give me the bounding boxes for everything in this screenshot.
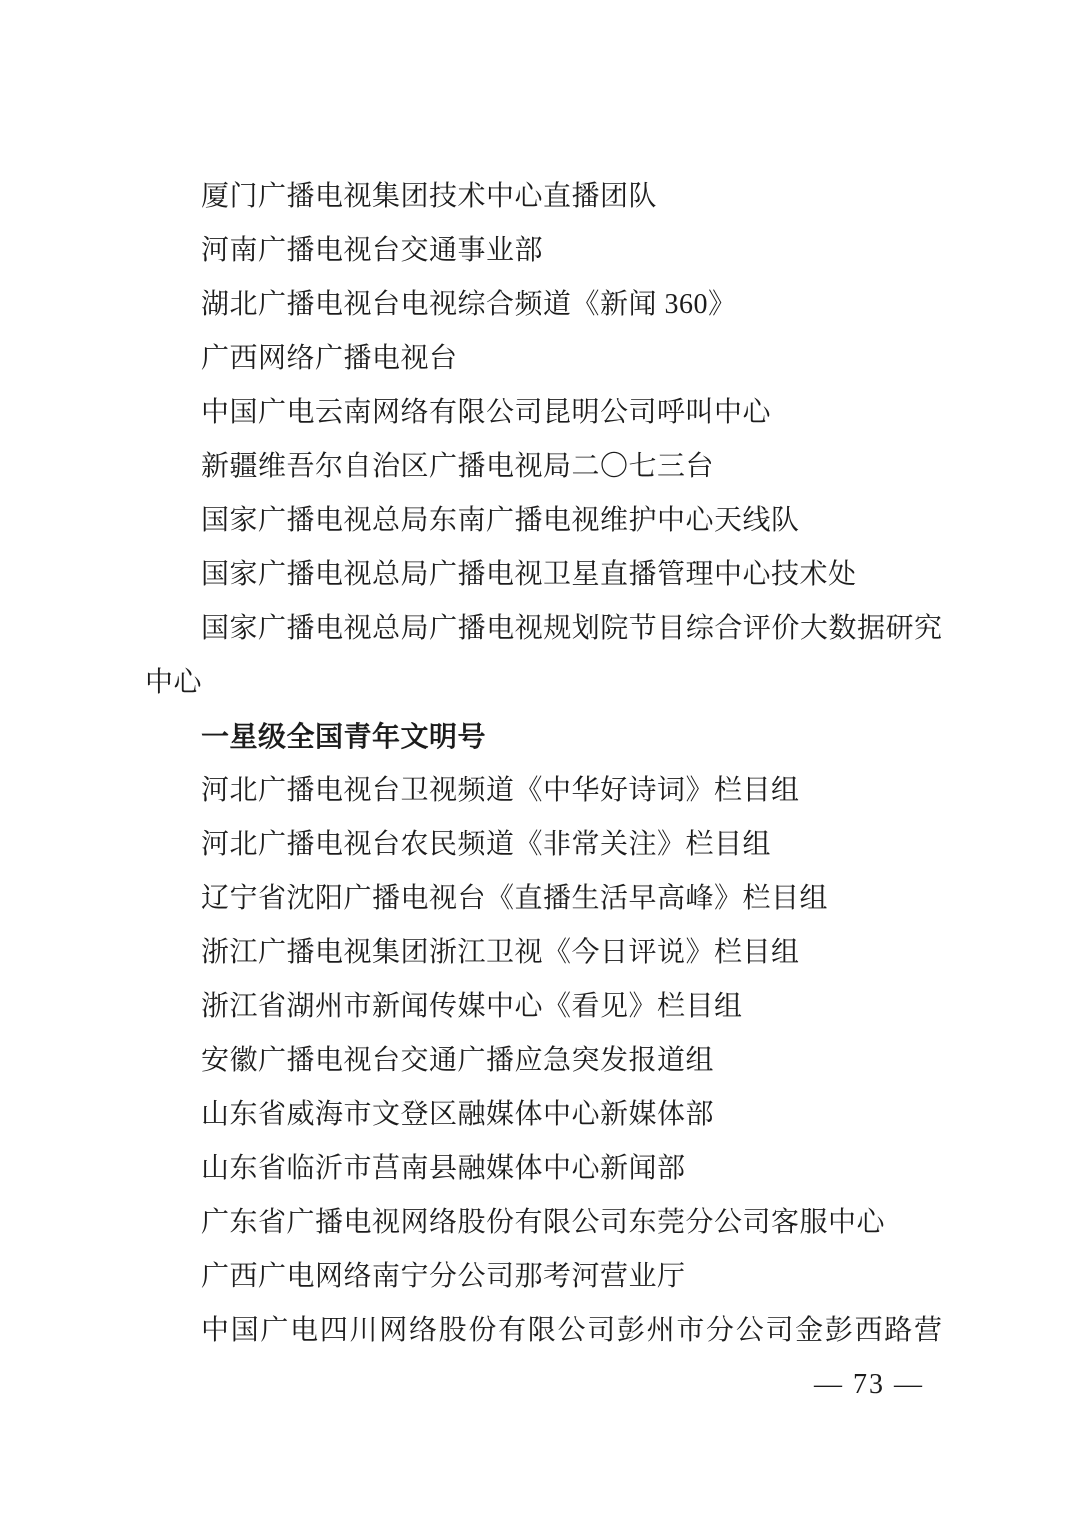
- text-line: 浙江省湖州市新闻传媒中心《看见》栏目组: [145, 980, 942, 1034]
- text-line: 国家广播电视总局广播电视卫星直播管理中心技术处: [145, 548, 942, 602]
- text-line: 中国广电四川网络股份有限公司彭州市分公司金彭西路营: [145, 1304, 942, 1358]
- text-line: 山东省威海市文登区融媒体中心新媒体部: [145, 1088, 942, 1142]
- text-line: 河南广播电视台交通事业部: [145, 224, 942, 278]
- document-body: 厦门广播电视集团技术中心直播团队河南广播电视台交通事业部湖北广播电视台电视综合频…: [145, 170, 942, 1358]
- section-heading: 一星级全国青年文明号: [145, 710, 942, 764]
- text-line: 国家广播电视总局广播电视规划院节目综合评价大数据研究: [145, 602, 942, 656]
- text-line: 安徽广播电视台交通广播应急突发报道组: [145, 1034, 942, 1088]
- text-line: 辽宁省沈阳广播电视台《直播生活早高峰》栏目组: [145, 872, 942, 926]
- text-line: 厦门广播电视集团技术中心直播团队: [145, 170, 942, 224]
- text-line: 山东省临沂市莒南县融媒体中心新闻部: [145, 1142, 942, 1196]
- text-line: 中国广电云南网络有限公司昆明公司呼叫中心: [145, 386, 942, 440]
- text-line: 湖北广播电视台电视综合频道《新闻 360》: [145, 278, 942, 332]
- text-line: 国家广播电视总局东南广播电视维护中心天线队: [145, 494, 942, 548]
- page-footer: — 73 —: [0, 1362, 1080, 1408]
- text-line: 中心: [145, 656, 942, 710]
- text-line: 新疆维吾尔自治区广播电视局二〇七三台: [145, 440, 942, 494]
- document-page: 厦门广播电视集团技术中心直播团队河南广播电视台交通事业部湖北广播电视台电视综合频…: [0, 0, 1080, 1527]
- text-line: 河北广播电视台卫视频道《中华好诗词》栏目组: [145, 764, 942, 818]
- text-line: 广西广电网络南宁分公司那考河营业厅: [145, 1250, 942, 1304]
- page-number: — 73 —: [814, 1369, 924, 1400]
- text-line: 河北广播电视台农民频道《非常关注》栏目组: [145, 818, 942, 872]
- text-line: 广东省广播电视网络股份有限公司东莞分公司客服中心: [145, 1196, 942, 1250]
- text-line: 浙江广播电视集团浙江卫视《今日评说》栏目组: [145, 926, 942, 980]
- text-line: 广西网络广播电视台: [145, 332, 942, 386]
